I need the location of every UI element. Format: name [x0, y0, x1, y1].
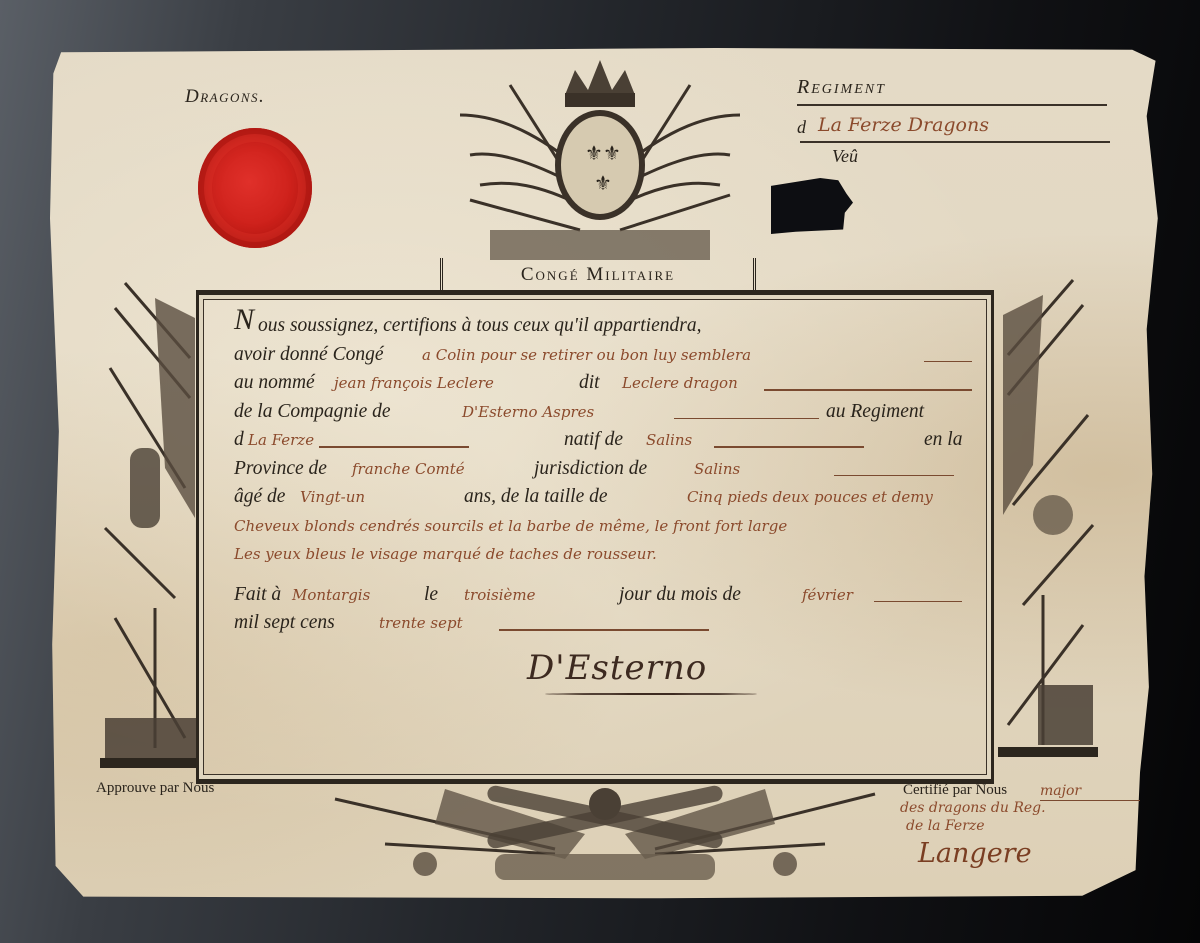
divider: [800, 141, 1110, 143]
regiment-prefix: d: [797, 117, 806, 138]
right-trophy-ornament-icon: [993, 265, 1103, 775]
body-line-1: N ous soussignez, certifions à tous ceux…: [234, 312, 974, 341]
body-line-11: mil sept cens trente sept: [234, 609, 974, 638]
regiment-value: La Ferze Dragons: [818, 114, 989, 136]
body-line-8: Cheveux blonds cendrés sourcils et la ba…: [234, 512, 974, 541]
svg-text:⚜: ⚜: [594, 171, 612, 195]
handwritten-text: Cheveux blonds cendrés sourcils et la ba…: [234, 512, 787, 541]
fill-rule: [874, 601, 962, 603]
royal-crest-icon: ⚜ ⚜ ⚜: [440, 55, 760, 275]
printed-text: mil sept cens: [234, 609, 335, 638]
officer-signature: D'Esterno: [527, 648, 707, 688]
handwritten-text: Les yeux bleus le visage marqué de tache…: [234, 540, 657, 569]
approval-label: Approuve par Nous: [96, 780, 214, 797]
cannon-trophy-ornament-icon: [325, 774, 885, 889]
divider: [797, 104, 1107, 106]
body-line-7: âgé de Vingt-un ans, de la taille de Cin…: [234, 483, 974, 512]
signature-flourish: [545, 693, 757, 695]
regiment-label: Regiment: [797, 76, 886, 99]
printed-text: Fait à: [234, 581, 281, 610]
printed-text: ans, de la taille de: [464, 483, 608, 512]
handwritten-text: franche Comté: [352, 455, 465, 484]
printed-text: le: [424, 581, 438, 610]
fill-rule: [714, 446, 864, 448]
paper-hole: [771, 178, 853, 234]
handwritten-text: jean françois Leclere: [334, 369, 494, 398]
certification-handwritten: de la Ferze: [906, 818, 985, 834]
spacer: [234, 569, 974, 581]
printed-text: Province de: [234, 455, 327, 484]
fill-rule: [924, 361, 972, 363]
handwritten-text: La Ferze: [248, 426, 314, 455]
body-line-3: au nommé jean françois Leclere dit Lecle…: [234, 369, 974, 398]
body-line-5: d La Ferze natif de Salins en la: [234, 426, 974, 455]
handwritten-text: Vingt-un: [300, 483, 365, 512]
fill-rule: [1040, 800, 1140, 801]
printed-text: avoir donné Congé: [234, 341, 383, 370]
handwritten-text: Leclere dragon: [622, 369, 738, 398]
printed-text: âgé de: [234, 483, 285, 512]
handwritten-text: Salins: [694, 455, 740, 484]
printed-text: en la: [924, 426, 962, 455]
printed-text: jour du mois de: [619, 581, 741, 610]
wax-seal: [198, 128, 312, 248]
veu-label: Veû: [832, 146, 858, 167]
handwritten-text: troisième: [464, 581, 536, 610]
printed-text: de la Compagnie de: [234, 398, 391, 427]
handwritten-text: Salins: [646, 426, 692, 455]
body-line-10: Fait à Montargis le troisième jour du mo…: [234, 581, 974, 610]
certification-label: Certifié par Nous: [903, 782, 1007, 799]
certifier-signature: Langere: [918, 838, 1032, 869]
certificate-body: N ous soussignez, certifions à tous ceux…: [234, 312, 974, 638]
certification-handwritten: des dragons du Reg.: [900, 800, 1046, 816]
certification-handwritten: major: [1040, 783, 1081, 799]
handwritten-text: février: [802, 581, 853, 610]
body-line-6: Province de franche Comté jurisdiction d…: [234, 455, 974, 484]
printed-text: ous soussignez, certifions à tous ceux q…: [258, 312, 701, 341]
fill-rule: [319, 446, 469, 448]
handwritten-text: D'Esterno Aspres: [462, 398, 594, 427]
fill-rule: [674, 418, 819, 420]
handwritten-text: trente sept: [379, 609, 463, 638]
left-trophy-ornament-icon: [95, 268, 205, 778]
printed-text: au nommé: [234, 369, 315, 398]
svg-text:⚜: ⚜: [585, 141, 603, 165]
document-title-banner: Congé Militaire: [440, 258, 756, 292]
printed-text: dit: [579, 369, 600, 398]
svg-text:⚜: ⚜: [603, 141, 621, 165]
fill-rule: [764, 389, 972, 391]
handwritten-text: Montargis: [292, 581, 370, 610]
printed-text: au Regiment: [826, 398, 924, 427]
printed-text: d: [234, 426, 244, 455]
printed-text: natif de: [564, 426, 623, 455]
body-line-9: Les yeux bleus le visage marqué de tache…: [234, 540, 974, 569]
body-line-2: avoir donné Congé a Colin pour se retire…: [234, 341, 974, 370]
handwritten-text: a Colin pour se retirer ou bon luy sembl…: [422, 341, 751, 370]
fill-rule: [499, 629, 709, 631]
dropcap: N: [234, 306, 254, 335]
printed-text: jurisdiction de: [534, 455, 647, 484]
corps-label: Dragons.: [185, 86, 265, 108]
body-line-4: de la Compagnie de D'Esterno Aspres au R…: [234, 398, 974, 427]
fill-rule: [834, 475, 954, 477]
handwritten-text: Cinq pieds deux pouces et demy: [687, 483, 933, 512]
